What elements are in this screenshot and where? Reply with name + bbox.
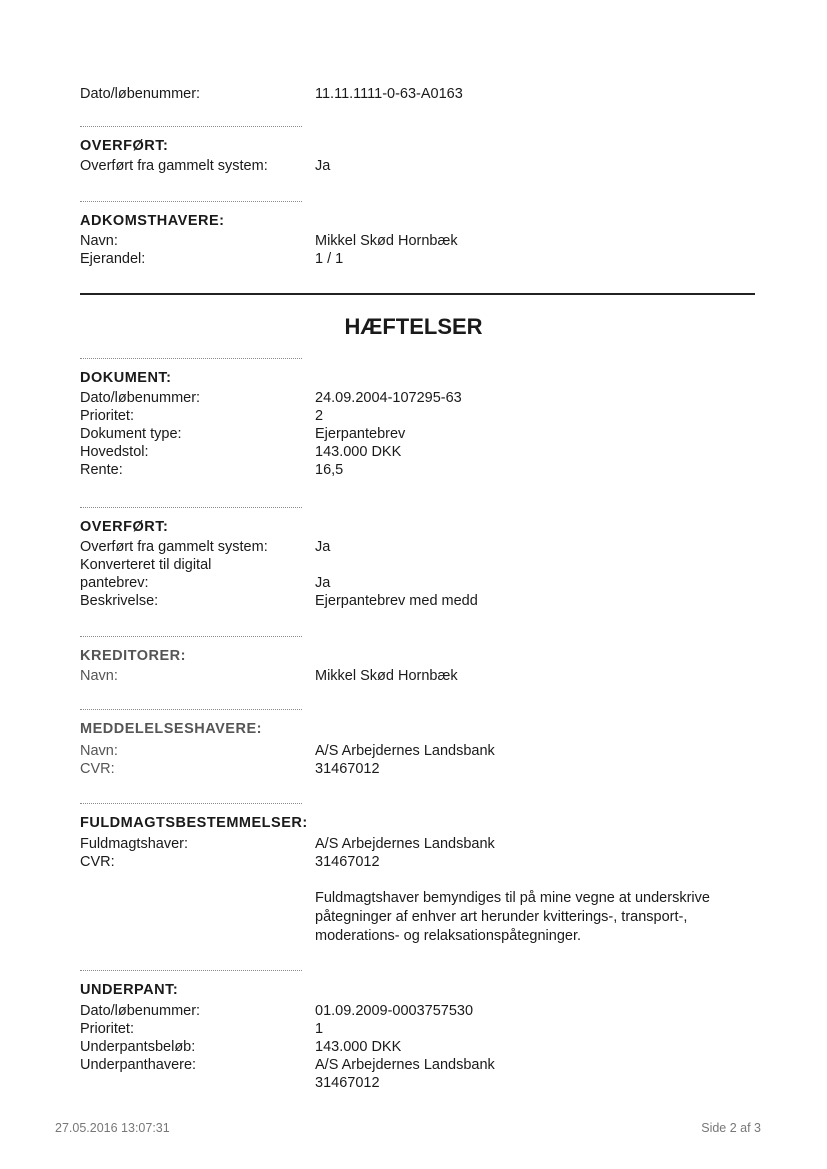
section-heading-dokument: DOKUMENT: — [80, 370, 172, 386]
field-value: Ja — [315, 574, 330, 592]
field-label: Underpanthavere: — [80, 1056, 196, 1074]
field-value: 16,5 — [315, 461, 343, 479]
field-label: Dato/løbenummer: — [80, 1002, 200, 1020]
field-row: Fuldmagtshaver: A/S Arbejdernes Landsban… — [80, 835, 760, 853]
field-value: 31467012 — [315, 1074, 380, 1092]
field-label: Overført fra gammelt system: — [80, 538, 268, 556]
dotted-divider — [80, 507, 302, 508]
field-row: Overført fra gammelt system: Ja — [80, 157, 760, 175]
field-label: Overført fra gammelt system: — [80, 157, 268, 175]
dotted-divider — [80, 126, 302, 127]
field-value: A/S Arbejdernes Landsbank — [315, 835, 495, 853]
field-label: Navn: — [80, 742, 118, 760]
field-value: A/S Arbejdernes Landsbank — [315, 1056, 495, 1074]
field-value: Ja — [315, 157, 330, 175]
field-value: 2 — [315, 407, 323, 425]
field-row: Rente: 16,5 — [80, 461, 760, 479]
dotted-divider — [80, 709, 302, 710]
field-value: 01.09.2009-0003757530 — [315, 1002, 473, 1020]
field-row: Konverteret til digital — [80, 556, 760, 574]
field-label: Hovedstol: — [80, 443, 149, 461]
section-heading-adkomsthavere: ADKOMSTHAVERE: — [80, 213, 224, 229]
field-label: Dato/løbenummer: — [80, 389, 200, 407]
field-row: Beskrivelse: Ejerpantebrev med medd — [80, 592, 760, 610]
field-label: Navn: — [80, 232, 118, 250]
field-label: Dato/løbenummer: — [80, 85, 200, 103]
field-value: A/S Arbejdernes Landsbank — [315, 742, 495, 760]
footer-page-number: Side 2 af 3 — [701, 1121, 761, 1135]
section-heading-overfoert: OVERFØRT: — [80, 519, 168, 535]
field-row: Underpanthavere: A/S Arbejdernes Landsba… — [80, 1056, 760, 1074]
field-label: CVR: — [80, 853, 115, 871]
field-value: Mikkel Skød Hornbæk — [315, 667, 458, 685]
dotted-divider — [80, 803, 302, 804]
field-value: 143.000 DKK — [315, 443, 401, 461]
field-value: Ja — [315, 538, 330, 556]
field-row: Navn: A/S Arbejdernes Landsbank — [80, 742, 760, 760]
section-title: HÆFTELSER — [0, 314, 827, 340]
field-value: 1 — [315, 1020, 323, 1038]
dotted-divider — [80, 636, 302, 637]
field-value: 143.000 DKK — [315, 1038, 401, 1056]
section-heading-fuldmagtsbestemmelser: FULDMAGTSBESTEMMELSER: — [80, 815, 308, 831]
field-value: 24.09.2004-107295-63 — [315, 389, 462, 407]
field-value: 11.11.1111-0-63-A0163 — [315, 85, 463, 103]
field-row: Prioritet: 1 — [80, 1020, 760, 1038]
field-label: Rente: — [80, 461, 123, 479]
fuldmagt-text: Fuldmagtshaver bemyndiges til på mine ve… — [315, 889, 765, 946]
field-label: Navn: — [80, 667, 118, 685]
section-heading-overfoert: OVERFØRT: — [80, 138, 168, 154]
field-row: Dato/løbenummer: 11.11.1111-0-63-A0163 — [80, 85, 760, 103]
field-value: 1 / 1 — [315, 250, 343, 268]
field-row: Hovedstol: 143.000 DKK — [80, 443, 760, 461]
field-row: 31467012 — [80, 1074, 760, 1092]
field-label: Underpantsbeløb: — [80, 1038, 195, 1056]
field-label: Dokument type: — [80, 425, 182, 443]
field-value: Ejerpantebrev — [315, 425, 405, 443]
dotted-divider — [80, 358, 302, 359]
field-row: pantebrev: Ja — [80, 574, 760, 592]
dotted-divider — [80, 970, 302, 971]
field-label: Ejerandel: — [80, 250, 145, 268]
field-row: Navn: Mikkel Skød Hornbæk — [80, 667, 760, 685]
field-row: CVR: 31467012 — [80, 853, 760, 871]
field-value: Ejerpantebrev med medd — [315, 592, 478, 610]
field-row: Prioritet: 2 — [80, 407, 760, 425]
field-label: CVR: — [80, 760, 115, 778]
section-heading-meddelelseshavere: MEDDELELSESHAVERE: — [80, 721, 262, 737]
field-value: 31467012 — [315, 853, 380, 871]
field-value: 31467012 — [315, 760, 380, 778]
field-row: Navn: Mikkel Skød Hornbæk — [80, 232, 760, 250]
field-label: Prioritet: — [80, 407, 134, 425]
field-label: Beskrivelse: — [80, 592, 158, 610]
section-title-text: HÆFTELSER — [344, 314, 482, 340]
field-label: pantebrev: — [80, 574, 149, 592]
field-label: Fuldmagtshaver: — [80, 835, 188, 853]
field-row: Overført fra gammelt system: Ja — [80, 538, 760, 556]
field-row: Dokument type: Ejerpantebrev — [80, 425, 760, 443]
dotted-divider — [80, 201, 302, 202]
field-row: Ejerandel: 1 / 1 — [80, 250, 760, 268]
field-row: Dato/løbenummer: 24.09.2004-107295-63 — [80, 389, 760, 407]
footer-timestamp: 27.05.2016 13:07:31 — [55, 1121, 170, 1135]
section-rule — [80, 293, 755, 295]
section-heading-underpant: UNDERPANT: — [80, 982, 178, 998]
field-row: CVR: 31467012 — [80, 760, 760, 778]
field-value: Mikkel Skød Hornbæk — [315, 232, 458, 250]
section-heading-kreditorer: KREDITORER: — [80, 648, 186, 664]
field-label: Konverteret til digital — [80, 556, 211, 574]
field-row: Dato/løbenummer: 01.09.2009-0003757530 — [80, 1002, 760, 1020]
field-label: Prioritet: — [80, 1020, 134, 1038]
field-row: Underpantsbeløb: 143.000 DKK — [80, 1038, 760, 1056]
